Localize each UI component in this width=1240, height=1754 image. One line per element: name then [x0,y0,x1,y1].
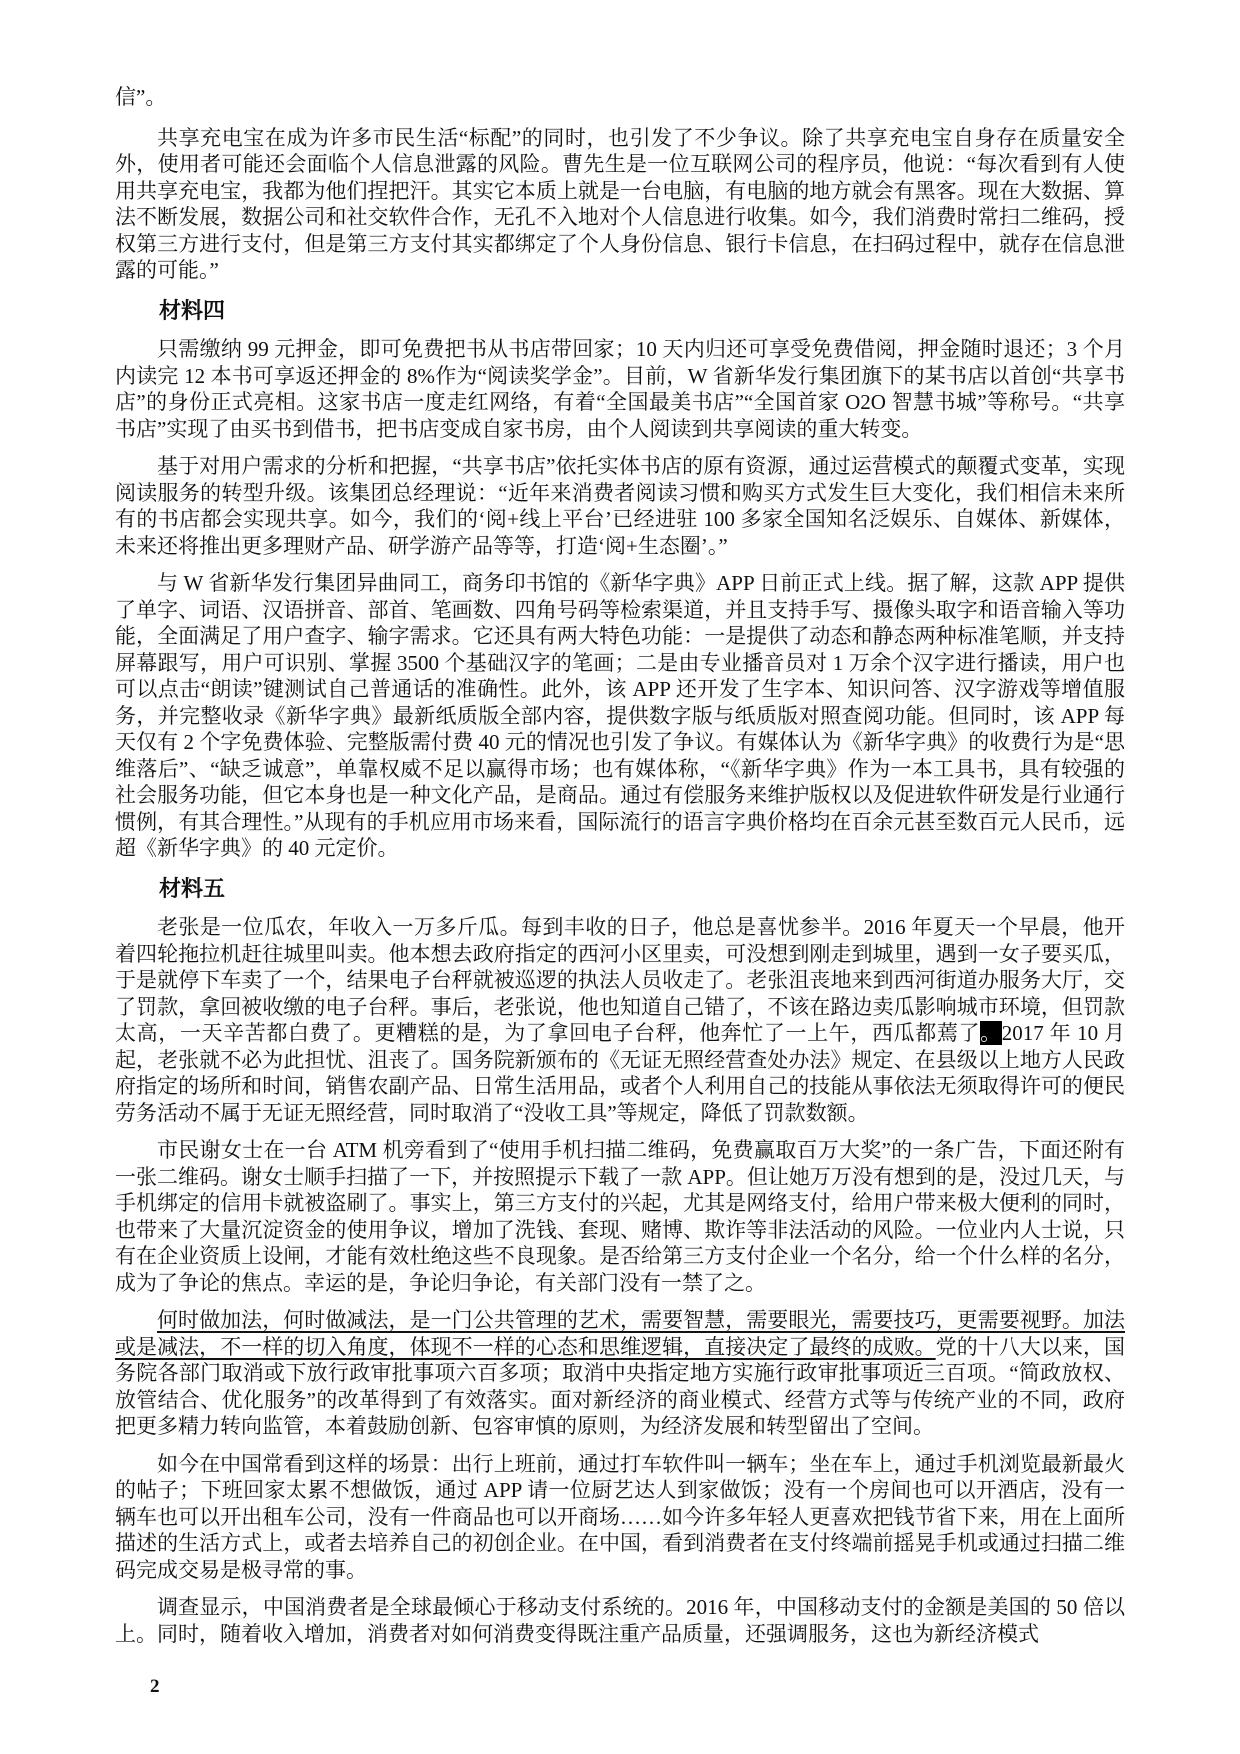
paragraph-xinhua-dictionary-app: 与 W 省新华发行集团异曲同工，商务印书馆的《新华字典》APP 日前正式上线。据… [115,570,1125,862]
paragraph-addition-subtraction: 何时做加法，何时做减法，是一门公共管理的艺术，需要智慧，需要眼光，需要技巧，更需… [115,1307,1125,1440]
document-page: 信”。 共享充电宝在成为许多市民生活“标配”的同时，也引发了不少争议。除了共享充… [0,0,1240,1754]
continued-sentence-fragment: 信”。 [115,84,1125,111]
paragraph-bookstore-upgrade: 基于对用户需求的分析和把握，“共享书店”依托实体书店的原有资源，通过运营模式的颠… [115,453,1125,559]
page-number: 2 [150,1676,160,1698]
paragraph-shared-bookstore-deposit: 只需缴纳 99 元押金，即可免费把书从书店带回家；10 天内归还可享受免费借阅，… [115,336,1125,442]
paragraph-mobile-payment-survey: 调查显示，中国消费者是全球最倾心于移动支付系统的。2016 年，中国移动支付的金… [115,1594,1125,1647]
paragraph-shared-powerbank: 共享充电宝在成为许多市民生活“标配”的同时，也引发了不少争议。除了共享充电宝自身… [115,125,1125,284]
heading-material-4: 材料四 [115,298,1125,325]
heading-material-5: 材料五 [115,876,1125,903]
paragraph-new-economy-scenes: 如今在中国常看到这样的场景：出行上班前，通过打车软件叫一辆车；坐在车上，通过手机… [115,1451,1125,1584]
paragraph-melon-farmer: 老张是一位瓜农，年收入一万多斤瓜。每到丰收的日子，他总是喜忧参半。2016 年夏… [115,914,1125,1126]
paragraph-atm-qr-scam: 市民谢女士在一台 ATM 机旁看到了“使用手机扫描二维码，免费赢取百万大奖”的一… [115,1137,1125,1296]
melon-farmer-text-before: 老张是一位瓜农，年收入一万多斤瓜。每到丰收的日子，他总是喜忧参半。2016 年夏… [115,915,1125,1045]
highlighted-period: 。 [980,1021,1002,1045]
